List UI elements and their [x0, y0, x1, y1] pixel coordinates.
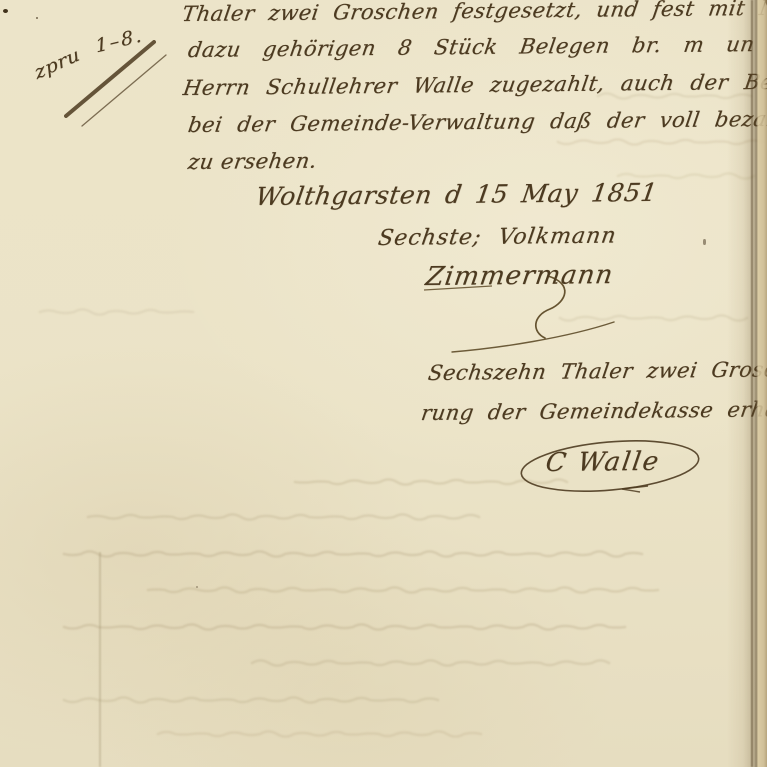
ink-speck: [196, 586, 198, 588]
page-edge-line: [751, 0, 753, 767]
attestation-line: Sechste; Volkmann: [376, 224, 618, 251]
signature-official: Zimmermann: [424, 260, 616, 292]
handwriting-line-5: zu ersehen.: [186, 149, 318, 174]
handwriting-line-1: Thaler zwei Groschen festgesetzt, und fe…: [180, 0, 767, 26]
handwriting-line-2: dazu gehörigen 8 Stück Belegen br. m un: [186, 32, 756, 62]
ghost-writing-line: [252, 660, 609, 665]
ink-speck: [703, 239, 706, 245]
handwriting-line-4: bei der Gemeinde-Verwaltung daß der voll…: [186, 107, 767, 137]
signature-recipient: C Walle: [544, 447, 663, 478]
ghost-writing-line: [148, 587, 658, 592]
signature-flourish-tail: [452, 322, 614, 352]
margin-note-number: 1–8.: [94, 24, 145, 57]
signature-oval-tail: [622, 486, 648, 492]
book-edge-shadow: [727, 0, 767, 767]
paper-crease: [99, 552, 101, 767]
dateline: Wolthgarsten d 15 May 1851: [254, 178, 660, 211]
receipt-line-1: Sechszehn Thaler zwei Grosch-: [426, 357, 767, 385]
ghost-writing-line: [64, 551, 642, 556]
ghost-writing-line: [64, 697, 438, 702]
ink-speck: [36, 17, 38, 19]
ink-speck: [3, 9, 8, 13]
margin-flourish-thin-stroke: [82, 55, 166, 126]
manuscript-scan: zpru 1–8. Thaler zwei Groschen festgeset…: [0, 0, 767, 767]
ghost-writing-line: [64, 624, 625, 629]
receipt-line-2: rung der Gemeindekasse erhalten: [419, 397, 767, 425]
ghost-writing-line: [158, 731, 481, 736]
margin-note-word: zpru: [32, 44, 83, 84]
ghost-writing-line: [88, 514, 479, 519]
ghost-writing-line: [40, 309, 193, 314]
ghost-writing-line: [295, 479, 567, 484]
handwriting-line-3: Herrn Schullehrer Walle zugezahlt, auch …: [181, 69, 767, 100]
ghost-writing-line: [560, 315, 747, 320]
